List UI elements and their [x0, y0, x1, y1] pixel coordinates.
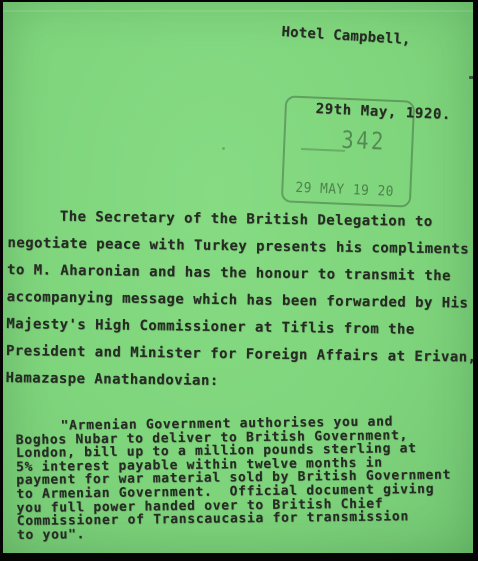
stamp-underline: [301, 148, 345, 152]
stamp-date: 29 MAY 19 20: [295, 180, 394, 200]
stamp-registry-number: 342: [341, 126, 387, 156]
ink-speck: [469, 76, 473, 79]
ink-speck: [222, 147, 225, 150]
scanned-letter: Hotel Campbell, 342 29 MAY 19 20 29th Ma…: [0, 0, 478, 561]
letterhead-hotel-name: Hotel Campbell,: [281, 24, 411, 48]
quoted-message-block: "Armenian Government authorises you and …: [16, 414, 469, 542]
paper-crease: [3, 10, 473, 12]
letter-paper: Hotel Campbell, 342 29 MAY 19 20 29th Ma…: [3, 2, 473, 553]
letter-body-paragraph: The Secretary of the British Delegation …: [5, 203, 473, 399]
